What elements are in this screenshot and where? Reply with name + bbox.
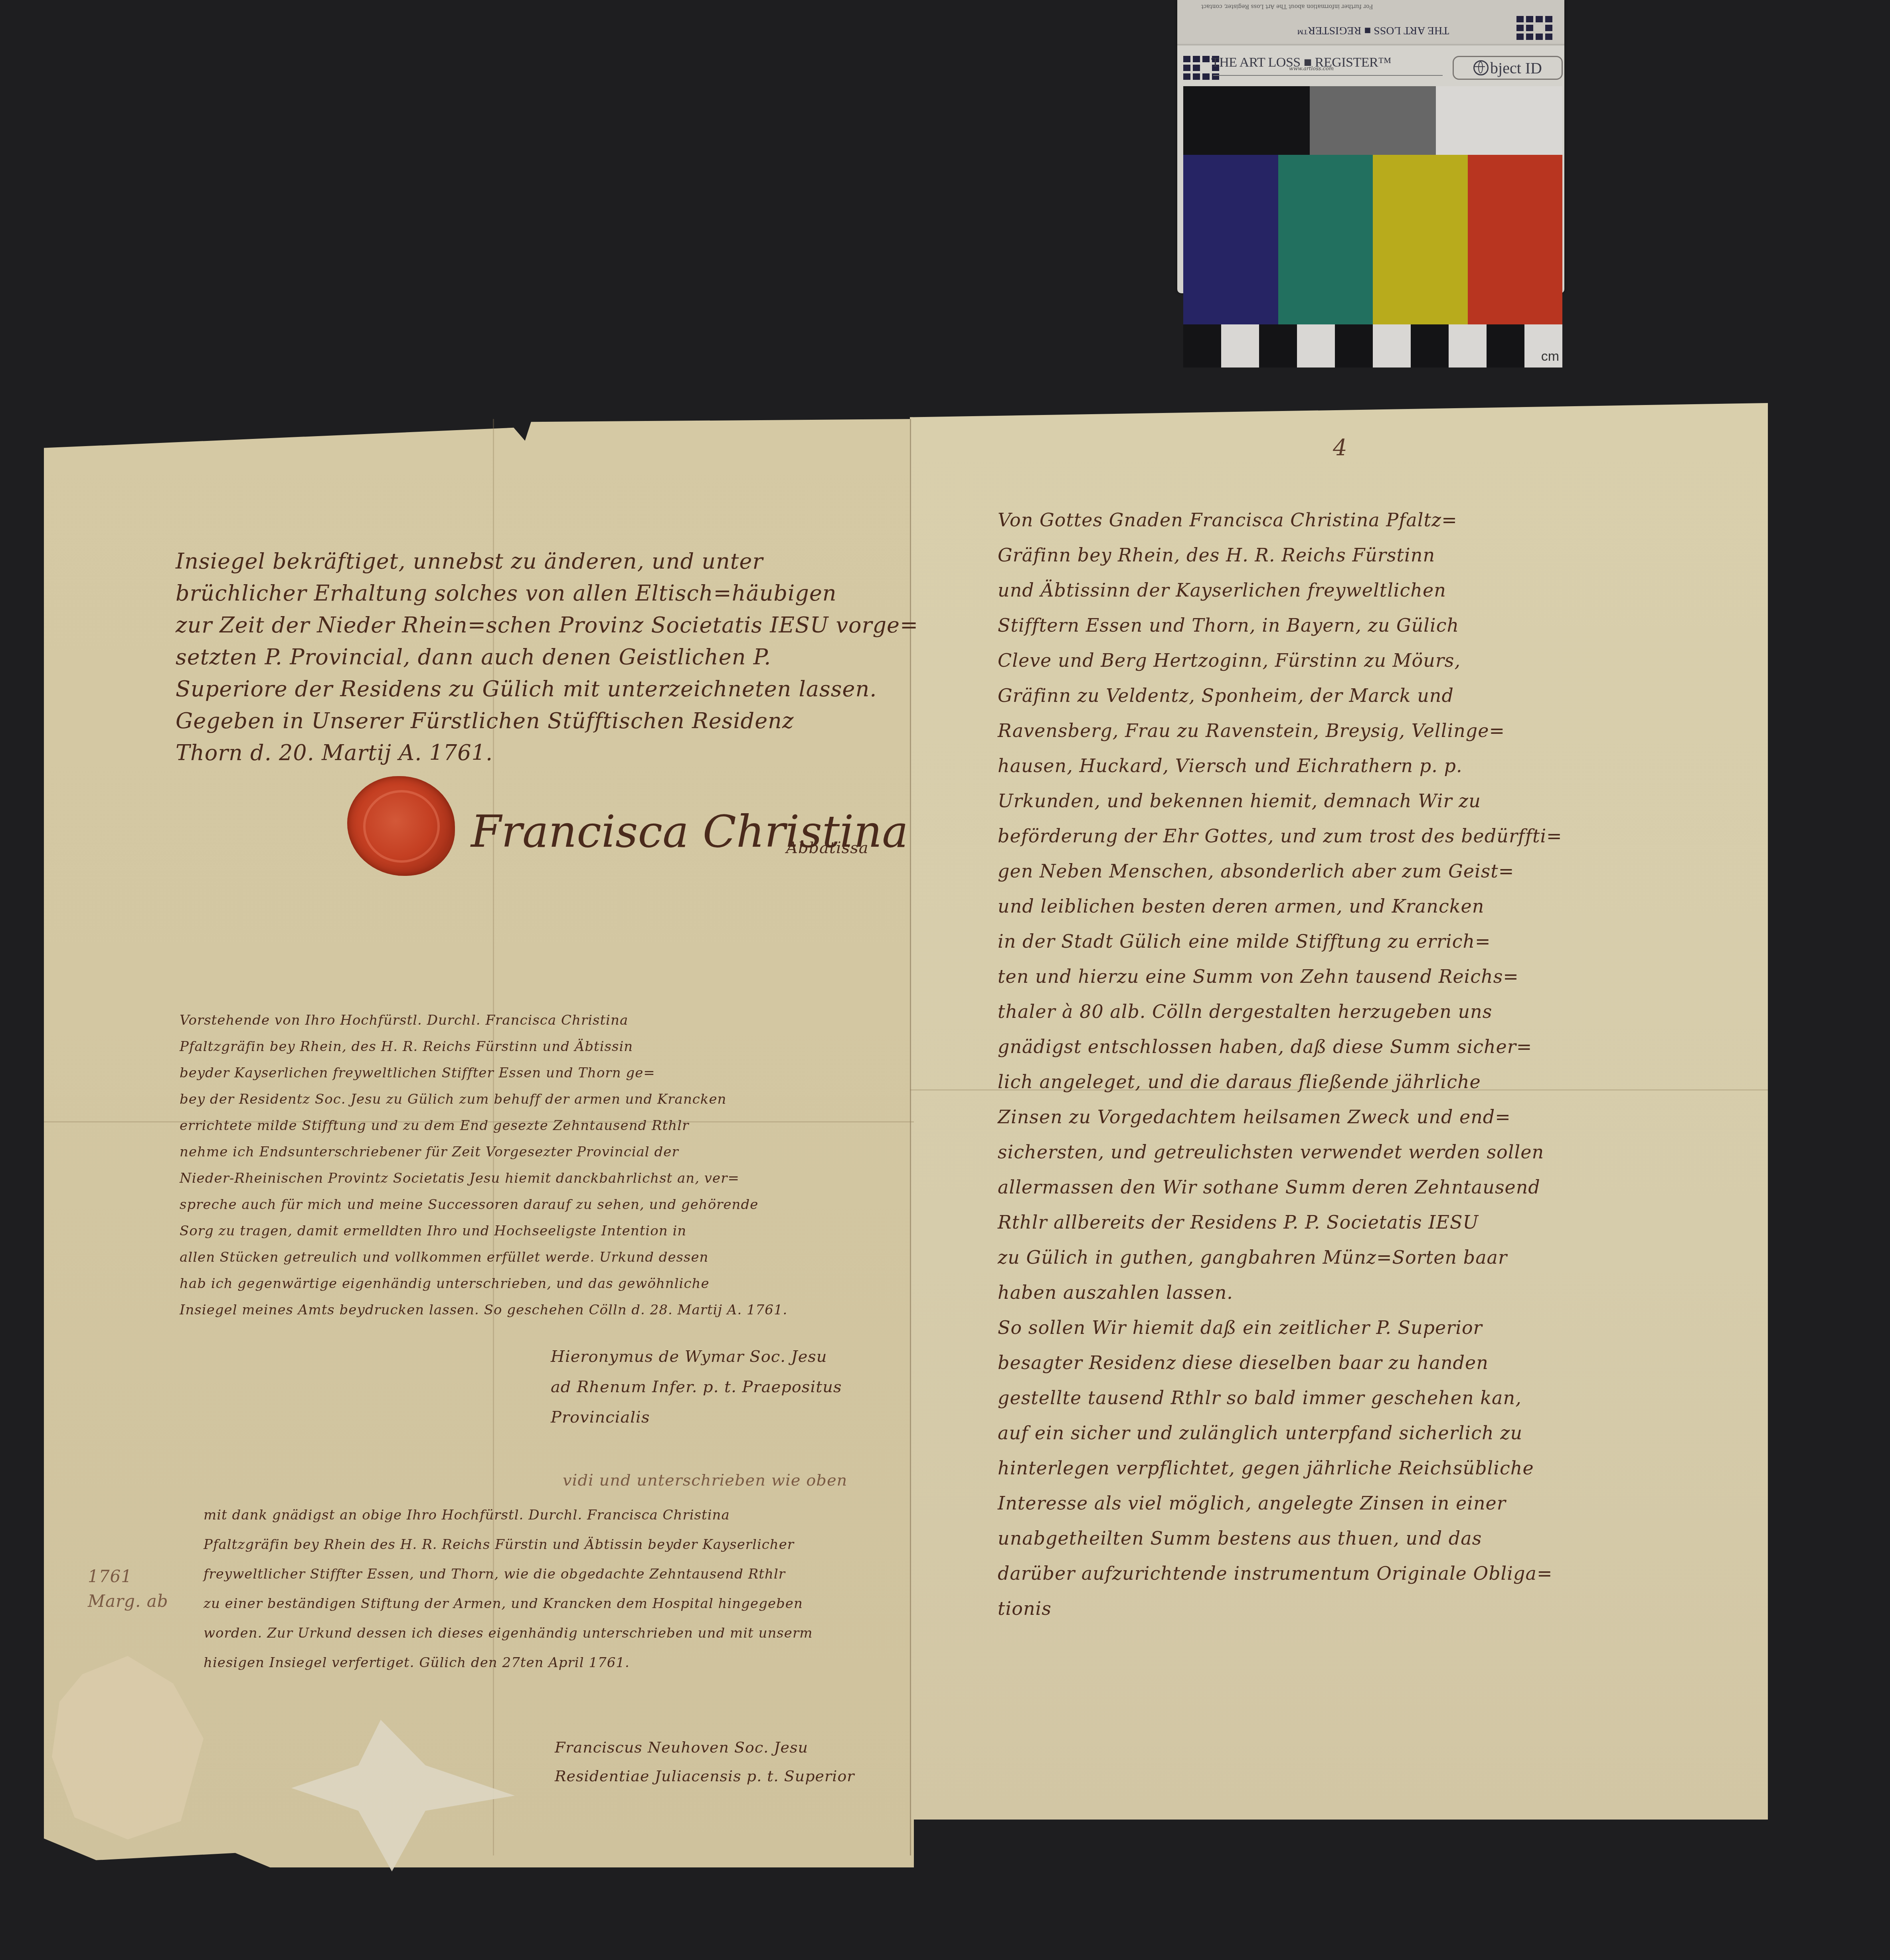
scale-segment bbox=[1449, 324, 1487, 367]
card-flap-note: For further information about The Art Lo… bbox=[1201, 3, 1373, 10]
gray-patch bbox=[1436, 86, 1562, 155]
scale-segment bbox=[1411, 324, 1449, 367]
handwritten-line: Insiegel bekräftiget, unnebst zu änderen… bbox=[176, 551, 918, 572]
handwritten-line: nehme ich Endsunterschriebener für Zeit … bbox=[180, 1145, 787, 1159]
handwritten-line: und Äbtissinn der Kayserlichen freyweltl… bbox=[998, 581, 1562, 599]
handwritten-line: in der Stadt Gülich eine milde Stifftung… bbox=[998, 932, 1562, 950]
cm-scale-row: cm bbox=[1183, 324, 1562, 367]
divider bbox=[1213, 75, 1443, 76]
handwritten-line: setzten P. Provincial, dann auch denen G… bbox=[176, 646, 918, 668]
handwritten-line: Pfaltzgräfin bey Rhein des H. R. Reichs … bbox=[204, 1538, 813, 1551]
handwritten-line: brüchlicher Erhaltung solches von allen … bbox=[176, 583, 918, 604]
handwritten-line: gen Neben Menschen, absonderlich aber zu… bbox=[998, 862, 1562, 880]
unit-label: cm bbox=[1541, 349, 1559, 364]
left-bottom-text: mit dank gnädigst an obige Ihro Hochfürs… bbox=[204, 1508, 813, 1685]
handwritten-line: unabgetheilten Summ bestens aus thuen, u… bbox=[998, 1529, 1562, 1547]
handwritten-line: Superiore der Residens zu Gülich mit unt… bbox=[176, 678, 918, 700]
handwritten-line: mit dank gnädigst an obige Ihro Hochfürs… bbox=[204, 1508, 813, 1522]
color-patch bbox=[1468, 155, 1563, 324]
object-id-label: bject ID bbox=[1490, 59, 1542, 77]
handwritten-line: freyweltlicher Stiffter Essen, und Thorn… bbox=[204, 1567, 813, 1581]
handwritten-line: thaler à 80 alb. Cölln dergestalten herz… bbox=[998, 1002, 1562, 1021]
handwritten-line: zu Gülich in guthen, gangbahren Münz=Sor… bbox=[998, 1248, 1562, 1266]
scale-segment bbox=[1259, 324, 1297, 367]
gray-patch bbox=[1310, 86, 1436, 155]
handwritten-line: Gräfinn bey Rhein, des H. R. Reichs Fürs… bbox=[998, 546, 1562, 564]
color-patch bbox=[1278, 155, 1373, 324]
handwritten-line: Gräfinn zu Veldentz, Sponheim, der Marck… bbox=[998, 686, 1562, 705]
handwritten-line: beyder Kayserlichen freyweltlichen Stiff… bbox=[180, 1066, 787, 1080]
handwritten-line: Stifftern Essen und Thorn, in Bayern, zu… bbox=[998, 616, 1562, 634]
handwritten-line: Sorg zu tragen, damit ermelldten Ihro un… bbox=[180, 1224, 787, 1238]
handwritten-line: zu einer beständigen Stiftung der Armen,… bbox=[204, 1597, 813, 1610]
card-folded-flap: For further information about The Art Lo… bbox=[1177, 0, 1564, 45]
handwritten-line: Thorn d. 20. Martij A. 1761. bbox=[176, 742, 918, 764]
handwritten-line: Nieder-Rheinischen Provintz Societatis J… bbox=[180, 1172, 787, 1185]
handwritten-line: Marg. ab bbox=[88, 1593, 168, 1610]
handwritten-line: gnädigst entschlossen haben, daß diese S… bbox=[998, 1037, 1562, 1056]
handwritten-line: worden. Zur Urkund dessen ich dieses eig… bbox=[204, 1626, 813, 1640]
color-patch bbox=[1373, 155, 1468, 324]
handwritten-line: ten und hierzu eine Summ von Zehn tausen… bbox=[998, 967, 1562, 986]
handwritten-line: tionis bbox=[998, 1599, 1562, 1618]
superior-signature: Franciscus Neuhoven Soc. JesuResidentiae… bbox=[555, 1740, 854, 1797]
object-id-badge: bject ID bbox=[1453, 56, 1563, 80]
handwritten-line: auf ein sicher und zulänglich unterpfand… bbox=[998, 1424, 1562, 1442]
scale-segment bbox=[1487, 324, 1524, 367]
faint-text-line: vidi und unterschrieben wie oben bbox=[563, 1472, 847, 1488]
handwritten-line: So sollen Wir hiemit daß ein zeitlicher … bbox=[998, 1318, 1562, 1337]
handwritten-line: Hieronymus de Wymar Soc. Jesu bbox=[551, 1349, 842, 1365]
page-number: 4 bbox=[1333, 435, 1347, 461]
scale-segment bbox=[1183, 324, 1221, 367]
provincial-signature: Hieronymus de Wymar Soc. Jesuad Rhenum I… bbox=[551, 1349, 842, 1440]
scale-segment bbox=[1335, 324, 1373, 367]
margin-note: 1761Marg. ab bbox=[88, 1568, 168, 1618]
handwritten-line: bey der Residentz Soc. Jesu zu Gülich zu… bbox=[180, 1093, 787, 1106]
card-flap-title: THE ART LOSS ■ REGISTER™ bbox=[1297, 24, 1449, 37]
handwritten-line: spreche auch für mich und meine Successo… bbox=[180, 1198, 787, 1211]
handwritten-line: beförderung der Ehr Gottes, und zum tros… bbox=[998, 827, 1562, 845]
globe-icon bbox=[1473, 60, 1489, 75]
handwritten-line: allermassen den Wir sothane Summ deren Z… bbox=[998, 1178, 1562, 1196]
handwritten-line: Residentiae Juliacensis p. t. Superior bbox=[555, 1768, 854, 1784]
left-middle-text: Vorstehende von Ihro Hochfürstl. Durchl.… bbox=[180, 1014, 787, 1330]
right-page-text: Von Gottes Gnaden Francisca Christina Pf… bbox=[998, 511, 1562, 1634]
handwritten-line: lich angeleget, und die daraus fließende… bbox=[998, 1073, 1562, 1091]
scale-segment bbox=[1373, 324, 1411, 367]
alr-url: www.artloss.com bbox=[1289, 66, 1334, 72]
handwritten-line: Vorstehende von Ihro Hochfürstl. Durchl.… bbox=[180, 1014, 787, 1027]
handwritten-line: hausen, Huckard, Viersch und Eichrathern… bbox=[998, 757, 1562, 775]
handwritten-line: Von Gottes Gnaden Francisca Christina Pf… bbox=[998, 511, 1562, 529]
handwritten-line: Urkunden, und bekennen hiemit, demnach W… bbox=[998, 792, 1562, 810]
color-swatches: cm bbox=[1183, 86, 1562, 367]
handwritten-line: Interesse als viel möglich, angelegte Zi… bbox=[998, 1494, 1562, 1512]
handwritten-line: zur Zeit der Nieder Rhein=schen Provinz … bbox=[176, 614, 918, 636]
handwritten-line: hab ich gegenwärtige eigenhändig untersc… bbox=[180, 1277, 787, 1290]
handwritten-line: hiesigen Insiegel verfertiget. Gülich de… bbox=[204, 1656, 813, 1670]
handwritten-line: 1761 bbox=[88, 1568, 168, 1585]
handwritten-line: Gegeben in Unserer Fürstlichen Stüfftisc… bbox=[176, 710, 918, 732]
handwritten-line: ad Rhenum Infer. p. t. Praepositus bbox=[551, 1379, 842, 1395]
handwritten-line: allen Stücken getreulich und vollkommen … bbox=[180, 1251, 787, 1264]
gray-patch bbox=[1183, 86, 1310, 155]
handwritten-line: besagter Residenz diese dieselben baar z… bbox=[998, 1353, 1562, 1372]
handwritten-line: haben auszahlen lassen. bbox=[998, 1283, 1562, 1302]
handwritten-line: darüber aufzurichtende instrumentum Orig… bbox=[998, 1564, 1562, 1583]
handwritten-line: Cleve und Berg Hertzoginn, Fürstinn zu M… bbox=[998, 651, 1562, 670]
color-calibration-card: For further information about The Art Lo… bbox=[1177, 0, 1564, 293]
scale-segment bbox=[1297, 324, 1335, 367]
color-row bbox=[1183, 155, 1562, 324]
handwritten-line: Pfaltzgräfin bey Rhein, des H. R. Reichs… bbox=[180, 1040, 787, 1053]
handwritten-line: Rthlr allbereits der Residens P. P. Soci… bbox=[998, 1213, 1562, 1231]
handwritten-line: Franciscus Neuhoven Soc. Jesu bbox=[555, 1740, 854, 1755]
grayscale-row bbox=[1183, 86, 1562, 155]
handwritten-line: Provincialis bbox=[551, 1409, 842, 1425]
handwritten-line: sichersten, und getreulichsten verwendet… bbox=[998, 1143, 1562, 1161]
color-patch bbox=[1183, 155, 1278, 324]
handwritten-line: errichtete milde Stifftung und zu dem En… bbox=[180, 1119, 787, 1132]
handwritten-line: hinterlegen verpflichtet, gegen jährlich… bbox=[998, 1459, 1562, 1477]
signature-suffix: Abbatissa bbox=[786, 840, 869, 856]
handwritten-line: gestellte tausend Rthlr so bald immer ge… bbox=[998, 1389, 1562, 1407]
handwritten-line: Zinsen zu Vorgedachtem heilsamen Zweck u… bbox=[998, 1108, 1562, 1126]
handwritten-line: und leiblichen besten deren armen, und K… bbox=[998, 897, 1562, 915]
manuscript-document: 4 Insiegel bekräftiget, unnebst zu änder… bbox=[44, 403, 1780, 1871]
handwritten-line: Ravensberg, Frau zu Ravenstein, Breysig,… bbox=[998, 721, 1562, 740]
alr-logo-icon-flipped bbox=[1516, 16, 1552, 40]
left-top-text: Insiegel bekräftiget, unnebst zu änderen… bbox=[176, 551, 918, 774]
handwritten-line: Insiegel meines Amts beydrucken lassen. … bbox=[180, 1303, 787, 1317]
scale-segment bbox=[1221, 324, 1259, 367]
